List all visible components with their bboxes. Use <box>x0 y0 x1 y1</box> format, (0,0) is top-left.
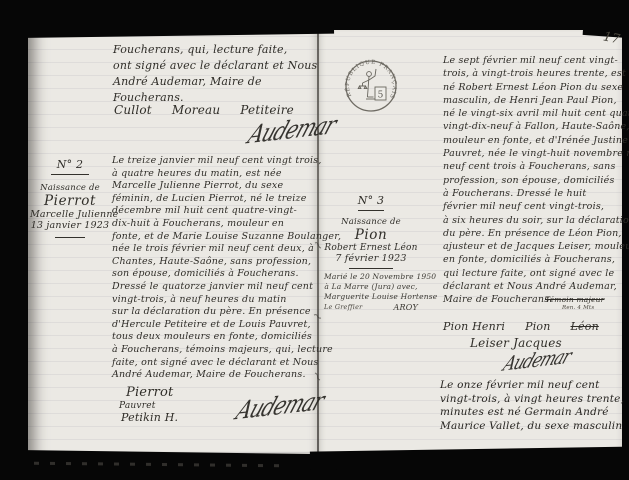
margin-underline <box>55 237 85 238</box>
margin-note-act2: N° 2 Naissance de Pierrot Marcelle Julie… <box>30 158 110 241</box>
act3-signature-row: Pion Henri Pion Léon <box>443 320 599 333</box>
act4-opening-lines: Le onze février mil neuf centvingt-trois… <box>440 379 624 433</box>
witness-signature: Petiteire <box>240 103 294 117</box>
act-line: Le onze février mil neuf cent <box>440 379 624 393</box>
act2-body-lines: Le treize janvier mil neuf cent vingt tr… <box>112 155 318 382</box>
act-line: du père. En présence de Léon Pion, <box>443 227 623 240</box>
act-number: N° 2 <box>30 158 110 171</box>
act-line: déclarant et Nous André Audemar, <box>443 280 623 293</box>
act-line: en fonte, domiciliés à Foucherans, <box>443 253 623 266</box>
act-line: à Foucherans. Dressé le huit <box>443 187 623 200</box>
act-line: Foucherans, qui, lecture faite, <box>113 42 317 58</box>
act-line: ont signé avec le déclarant et Nous <box>113 58 317 74</box>
act-line: né le vingt-six avril mil huit cent quat… <box>443 107 623 120</box>
act2-signature: Pauvret <box>119 401 156 411</box>
act1-witness-signatures: CullotMoreauPetiteire <box>114 103 294 117</box>
act-line: mouleur en fonte, et d'Irénée Justine <box>443 134 623 147</box>
act-line: né Robert Ernest Léon Pion du sexe <box>443 81 623 94</box>
act-line: féminin, de Lucien Pierrot, né le treize <box>112 193 318 206</box>
act-line: à six heures du soir, sur la déclaration <box>443 214 623 227</box>
act-date: 13 janvier 1923 <box>30 220 110 231</box>
page-number: 17 <box>602 29 622 47</box>
act-line: vingt-trois, à neuf heures du matin <box>112 294 318 307</box>
act-surname: Pion <box>324 227 418 243</box>
act-line: à Foucherans, témoins majeurs, qui, lect… <box>112 344 318 357</box>
struck-note: Témoin majeur <box>545 295 604 304</box>
act-date: 7 février 1923 <box>324 253 418 264</box>
act-line: minutes est né Germain André <box>440 406 624 420</box>
margin-underline <box>358 210 384 211</box>
act2-signature: Petikin H. <box>121 411 178 424</box>
act-line: Pauvret, née le vingt-huit novembre mil <box>443 147 623 160</box>
act-number: N° 3 <box>324 194 418 207</box>
act-line: fonte, et de Marie Louise Suzanne Boulan… <box>112 231 318 244</box>
act3-body-lines: Le sept février mil neuf cent vingt-troi… <box>443 54 623 307</box>
act-line: André Audemar, Maire de Foucherans. <box>112 369 318 382</box>
margin-underline <box>51 174 89 175</box>
act1-closing-lines: Foucherans, qui, lecture faite,ont signé… <box>113 42 317 106</box>
act-line: Maurice Vallet, du sexe masculin <box>440 420 624 434</box>
father-signature: Pion Henri <box>443 320 505 333</box>
act-type: Naissance de <box>324 217 418 227</box>
act-line: André Audemar, Maire de <box>113 74 317 90</box>
clerk-tiny-note: Ren. 4 Mts <box>562 305 594 311</box>
act-line: trois, à vingt-trois heures trente, est <box>443 67 623 80</box>
act-line: Marcelle Julienne Pierrot, du sexe <box>112 180 318 193</box>
act-line: faite, ont signé avec le déclarant et No… <box>112 357 318 370</box>
act-line: ajusteur et de Jacques Leiser, mouleur <box>443 240 623 253</box>
act-type: Naissance de <box>30 183 110 193</box>
act-surname: Pierrot <box>30 193 110 209</box>
act-line: Le treize janvier mil neuf cent vingt tr… <box>112 155 318 168</box>
act-line: à quatre heures du matin, est née <box>112 168 318 181</box>
stamp-denomination-box: 5 <box>375 87 386 101</box>
margin-underline <box>349 268 393 269</box>
scan-edge-shadow <box>310 446 629 469</box>
witness-signature-struck: Léon <box>571 320 599 333</box>
act-line: son épouse, domiciliés à Foucherans. <box>112 268 318 281</box>
republique-francaise-seal-icon: RÉPUBLIQUE FRANÇAISE 5 <box>343 58 399 114</box>
act-line: profession, son épouse, domiciliés <box>443 174 623 187</box>
clerk-label: Le Greffier <box>324 303 362 311</box>
margin-note-act3: N° 3 Naissance de Pion Robert Ernest Léo… <box>324 194 418 313</box>
act-line: neuf cent trois à Foucherans, sans <box>443 160 623 173</box>
act2-signature: Pierrot <box>126 385 173 400</box>
act-line: vingt-dix-neuf à Fallon, Haute-Saône, <box>443 120 623 133</box>
marriage-annotation-line: Marguerite Louise Hortense <box>324 292 418 302</box>
spouse-surname: AROY <box>394 303 418 313</box>
act-line: Chantes, Haute-Saône, sans profession, <box>112 256 318 269</box>
act-line: Dressé le quatorze janvier mil neuf cent <box>112 281 318 294</box>
witness-signature: Pion <box>525 320 550 333</box>
act-line: d'Hercule Petiteire et de Louis Pauvret, <box>112 319 318 332</box>
register-scan: 17 RÉPUBLIQUE FRANÇAISE 5 <box>0 0 629 480</box>
justice-figure-icon <box>358 69 376 99</box>
act-given-names: Robert Ernest Léon <box>324 243 418 253</box>
act-line: tous deux mouleurs en fonte, domiciliés <box>112 331 318 344</box>
act-line: Le sept février mil neuf cent vingt- <box>443 54 623 67</box>
marriage-annotation-line: à La Marre (Jura) avec, <box>324 282 418 292</box>
act-line: masculin, de Henri Jean Paul Pion, <box>443 94 623 107</box>
act-line: dix-huit à Foucherans, mouleur en <box>112 218 318 231</box>
act-line: sur la déclaration du père. En présence <box>112 306 318 319</box>
marriage-annotation: Marié le 20 Novembre 1950à La Marre (Jur… <box>324 272 418 302</box>
witness-signature: Cullot <box>114 103 152 117</box>
act-line: née le trois février mil neuf cent deux,… <box>112 243 318 256</box>
stamp-denomination: 5 <box>378 91 384 101</box>
act-line: février mil neuf cent vingt-trois, <box>443 200 623 213</box>
act-line: qui lecture faite, ont signé avec le <box>443 267 623 280</box>
act-line: vingt-trois, à vingt heures trente, <box>440 393 624 407</box>
act-line: décembre mil huit cent quatre-vingt- <box>112 205 318 218</box>
act-given-names: Marcelle Julienne <box>30 209 110 220</box>
marriage-annotation-line: Marié le 20 Novembre 1950 <box>324 272 418 282</box>
witness-signature: Moreau <box>172 103 220 117</box>
